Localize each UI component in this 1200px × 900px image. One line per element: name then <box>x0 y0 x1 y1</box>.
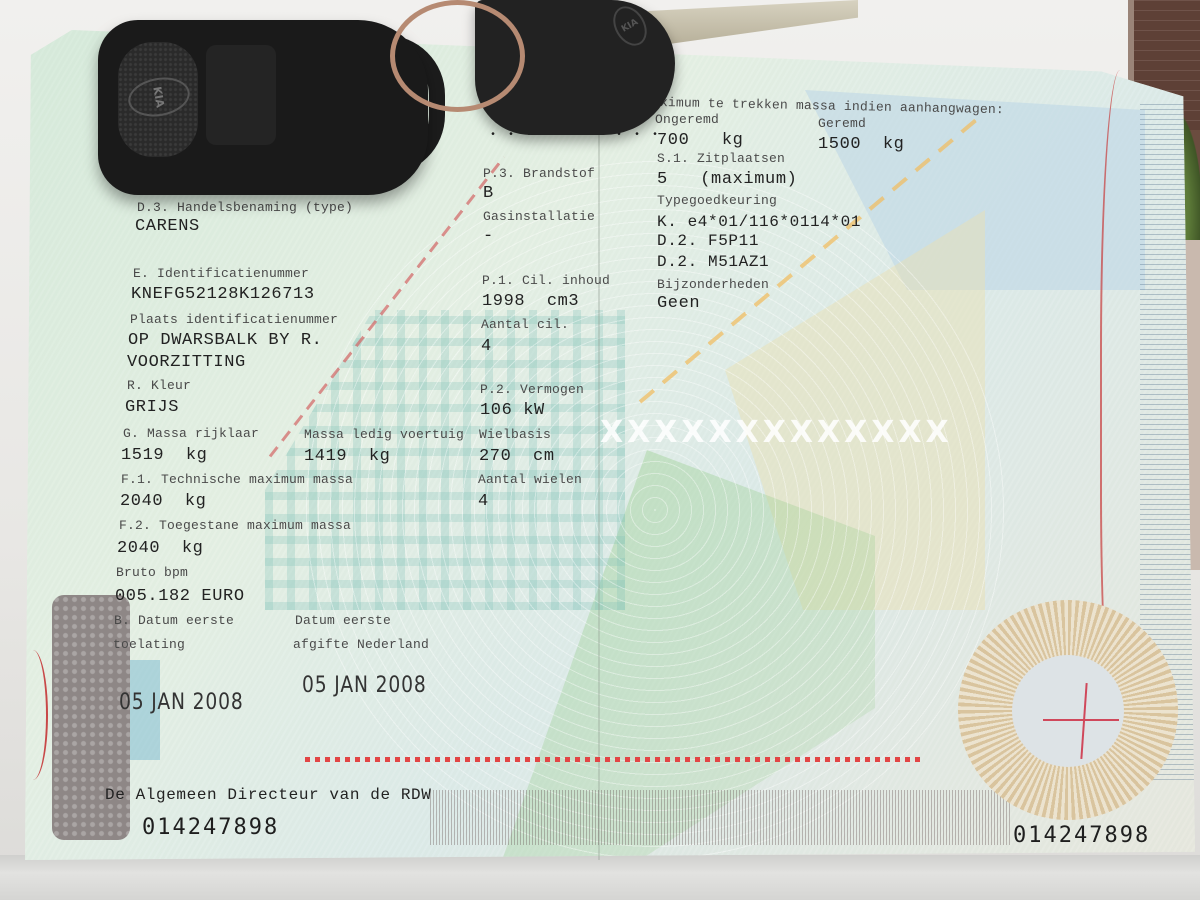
fold-line <box>598 50 600 860</box>
value-gasinstallatie: - <box>483 227 494 246</box>
stamp-datum-eerste-toelating: 05 JAN 2008 <box>119 690 244 715</box>
serial-number-left: 014247898 <box>142 815 279 840</box>
value-zitplaatsen: 5 (maximum) <box>657 170 797 189</box>
value-bijzonderheden: Geen <box>657 294 700 313</box>
value-plaats-line2: VOORZITTING <box>127 353 246 372</box>
label-ongeremd: Ongeremd <box>655 112 719 127</box>
watermark-x-row: XXXXXXXXXXXXX <box>600 415 953 450</box>
crosshair-icon <box>1043 719 1119 721</box>
label-gasinstallatie: Gasinstallatie <box>483 209 595 224</box>
label-datum-eerste-toelating-1: B. Datum eerste <box>114 613 234 628</box>
label-identificatienummer: E. Identificatienummer <box>133 266 309 281</box>
fob-button <box>206 45 276 145</box>
value-bruto-bpm: 005.182 EURO <box>115 587 245 606</box>
red-arc <box>18 650 48 780</box>
label-toegestane-max-massa: F.2. Toegestane maximum massa <box>119 518 351 533</box>
key-ring <box>390 0 525 112</box>
value-plaats-line1: OP DWARSBALK BY R. <box>128 331 322 350</box>
value-ongeremd: 700 kg <box>657 131 743 150</box>
value-handelsbenaming: CARENS <box>135 217 200 236</box>
label-bijzonderheden: Bijzonderheden <box>657 277 769 292</box>
label-massa-ledig: Massa ledig voertuig <box>304 427 464 442</box>
label-zitplaatsen: S.1. Zitplaatsen <box>657 151 785 166</box>
label-plaats-identificatienummer: Plaats identificatienummer <box>130 312 338 327</box>
value-kleur: GRIJS <box>125 398 179 417</box>
value-d2-b: D.2. M51AZ1 <box>657 253 769 271</box>
microprint-band <box>430 790 1010 845</box>
label-technische-max-massa: F.1. Technische maximum massa <box>121 472 353 487</box>
label-bruto-bpm: Bruto bpm <box>116 565 188 580</box>
label-aantal-wielen: Aantal wielen <box>478 472 582 487</box>
value-geremd: 1500 kg <box>818 135 904 154</box>
value-wielbasis: 270 cm <box>479 447 555 466</box>
value-d2-a: D.2. F5P11 <box>657 232 759 250</box>
label-cil-inhoud: P.1. Cil. inhoud <box>482 273 610 288</box>
label-vermogen: P.2. Vermogen <box>480 382 584 397</box>
value-cil-inhoud: 1998 cm3 <box>482 292 579 311</box>
label-handelsbenaming: D.3. Handelsbenaming (type) <box>137 200 353 215</box>
value-massa-ledig: 1419 kg <box>304 447 390 466</box>
label-datum-eerste-afgifte-1: Datum eerste <box>295 613 391 628</box>
signature-text: De Algemeen Directeur van de RDW <box>105 786 431 804</box>
value-aantal-cil: 4 <box>481 337 492 356</box>
label-datum-eerste-toelating-2: toelating <box>113 637 185 652</box>
label-geremd: Geremd <box>818 116 866 131</box>
value-toegestane-max-massa: 2040 kg <box>117 539 203 558</box>
label-kleur: R. Kleur <box>127 378 191 393</box>
label-datum-eerste-afgifte-2: afgifte Nederland <box>293 637 429 652</box>
value-massa-rijklaar: 1519 kg <box>121 446 207 465</box>
label-wielbasis: Wielbasis <box>479 427 551 442</box>
plastic-sleeve <box>0 855 1200 900</box>
value-technische-max-massa: 2040 kg <box>120 492 206 511</box>
serial-number-right: 014247898 <box>1013 823 1150 848</box>
value-typegoedkeuring: K. e4*01/116*0114*01 <box>657 213 861 231</box>
label-massa-rijklaar: G. Massa rijklaar <box>123 426 259 441</box>
value-vermogen: 106 kW <box>480 401 545 420</box>
watermark-rings <box>305 160 1005 860</box>
value-brandstof: B <box>483 184 494 203</box>
value-identificatienummer: KNEFG52128K126713 <box>131 285 315 304</box>
label-brandstof: P.3. Brandstof <box>483 166 595 181</box>
red-dotted-line <box>305 757 925 762</box>
rosette-center <box>1012 655 1124 767</box>
label-typegoedkeuring: Typegoedkeuring <box>657 193 777 208</box>
value-aantal-wielen: 4 <box>478 492 489 511</box>
label-aantal-cil: Aantal cil. <box>481 317 569 332</box>
stamp-datum-eerste-afgifte: 05 JAN 2008 <box>302 673 427 698</box>
